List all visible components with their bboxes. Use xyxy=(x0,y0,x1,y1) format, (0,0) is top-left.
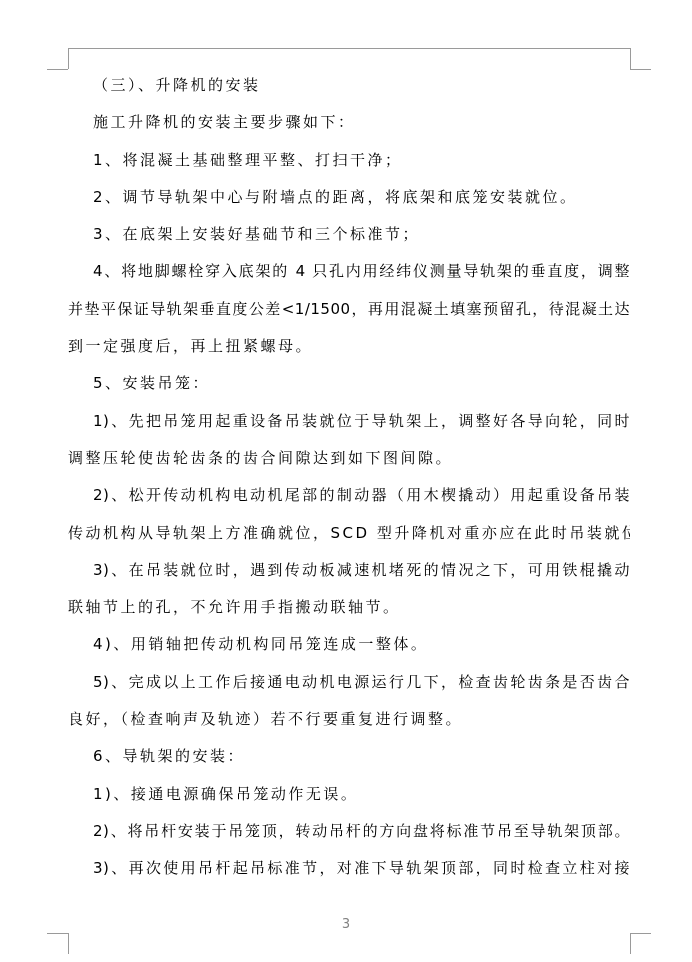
text-line: 2)、松开传动机构电动机尾部的制动器（用木楔撬动）用起重设备吊装 xyxy=(68,477,630,514)
text-line: 5)、完成以上工作后接通电动机电源运行几下，检查齿轮齿条是否齿合 xyxy=(68,664,630,701)
crop-mark-bottom-left-horizontal xyxy=(47,933,68,934)
page-number: 3 xyxy=(0,917,692,933)
text-line: 良好，（检查响声及轨迹）若不行要重复进行调整。 xyxy=(68,701,630,738)
text-line: 联轴节上的孔，不允许用手指搬动联轴节。 xyxy=(68,589,630,626)
text-line: 2、调节导轨架中心与附墙点的距离，将底架和底笼安装就位。 xyxy=(68,179,630,216)
document-page: （三）、升降机的安装施工升降机的安装主要步骤如下：1、将混凝土基础整理平整、打扫… xyxy=(0,0,692,962)
text-line: 到一定强度后，再上扭紧螺母。 xyxy=(68,328,630,365)
crop-mark-top-left-horizontal xyxy=(47,69,68,70)
text-line: 3、在底架上安装好基础节和三个标准节； xyxy=(68,216,630,253)
text-line: 施工升降机的安装主要步骤如下： xyxy=(68,104,630,141)
text-line: 3)、在吊装就位时，遇到传动板减速机堵死的情况之下，可用铁棍撬动 xyxy=(68,552,630,589)
text-line: 4、将地脚螺栓穿入底架的 4 只孔内用经纬仪测量导轨架的垂直度，调整 xyxy=(68,253,630,290)
crop-mark-bottom-right-vertical xyxy=(630,933,631,954)
text-line: 2)、将吊杆安装于吊笼顶，转动吊杆的方向盘将标准节吊至导轨架顶部。 xyxy=(68,813,630,850)
text-line: 调整压轮使齿轮齿条的齿合间隙达到如下图间隙。 xyxy=(68,440,630,477)
crop-mark-top-left-vertical xyxy=(68,48,69,69)
document-content: （三）、升降机的安装施工升降机的安装主要步骤如下：1、将混凝土基础整理平整、打扫… xyxy=(68,67,630,888)
text-line: 并垫平保证导轨架垂直度公差<1/1500，再用混凝土填塞预留孔，待混凝土达 xyxy=(68,291,630,328)
crop-mark-top-right-vertical xyxy=(630,48,631,69)
crop-mark-bottom-left-vertical xyxy=(68,933,69,954)
text-line: 4)、用销轴把传动机构同吊笼连成一整体。 xyxy=(68,626,630,663)
text-boundary-top-line xyxy=(68,48,630,49)
crop-mark-bottom-right-horizontal xyxy=(630,933,651,934)
text-line: 6、导轨架的安装： xyxy=(68,738,630,775)
text-line: 1)、接通电源确保吊笼动作无误。 xyxy=(68,776,630,813)
text-line: 传动机构从导轨架上方准确就位，SCD 型升降机对重亦应在此时吊装就位。 xyxy=(68,515,630,552)
crop-mark-top-right-horizontal xyxy=(630,69,651,70)
text-line: 3)、再次使用吊杆起吊标准节，对准下导轨架顶部，同时检查立柱对接 xyxy=(68,850,630,887)
section-heading: （三）、升降机的安装 xyxy=(68,67,630,104)
text-line: 5、安装吊笼： xyxy=(68,365,630,402)
text-line: 1、将混凝土基础整理平整、打扫干净； xyxy=(68,142,630,179)
text-line: 1)、先把吊笼用起重设备吊装就位于导轨架上，调整好各导向轮，同时 xyxy=(68,403,630,440)
